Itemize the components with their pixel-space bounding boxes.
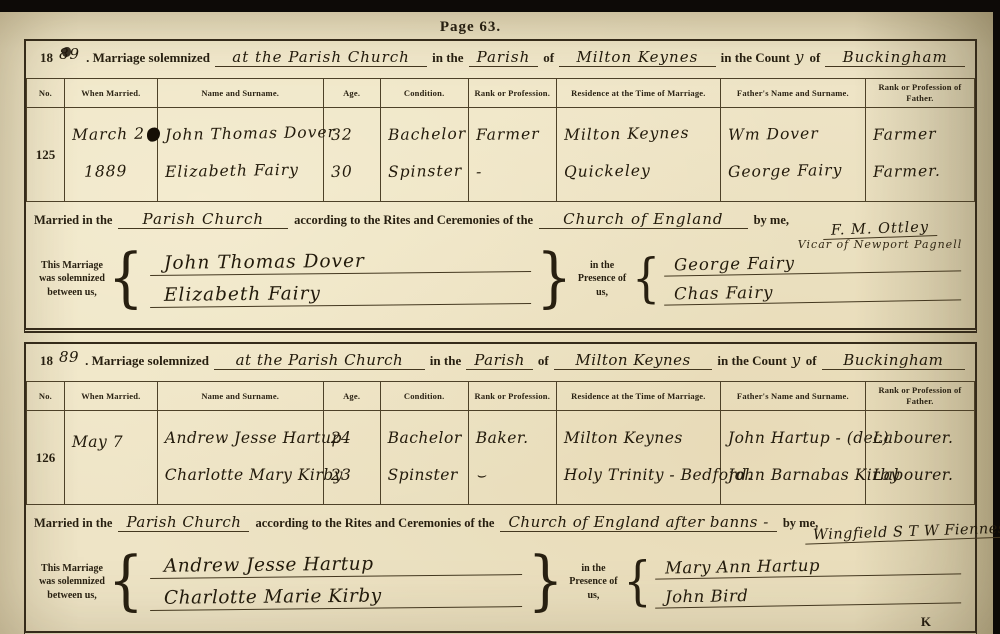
- party-signatures: Andrew Jesse Hartup Charlotte Marie Kirb…: [144, 547, 528, 618]
- officiant-block: F. M. Ottley Vicar of Newport Pagnell: [795, 221, 965, 251]
- register-table: No. When Married. Name and Surname. Age.…: [26, 78, 975, 202]
- column-header: No.: [27, 382, 65, 411]
- groom-father-profession: Farmer: [873, 124, 974, 144]
- condition-cell: Bachelor Spinster: [380, 411, 468, 505]
- in-the-label: in the: [432, 50, 463, 66]
- entry-number-cell: 125: [27, 108, 65, 202]
- column-header: Age.: [323, 382, 380, 411]
- county-label: in the Count: [717, 353, 786, 369]
- residence-cell: Milton Keynes Quickeley: [556, 108, 720, 202]
- groom-residence: Milton Keynes: [564, 429, 720, 447]
- of-label: of: [543, 50, 554, 66]
- name-cell: Andrew Jesse Hartup Charlotte Mary Kirby: [157, 411, 323, 505]
- column-header: Name and Surname.: [157, 79, 323, 108]
- groom-father: Wm Dover: [728, 123, 865, 143]
- presence-label: in the Presence of us,: [572, 259, 632, 300]
- bride-father-profession: Farmer.: [873, 161, 974, 181]
- year-prefix: 18: [40, 50, 53, 66]
- marriage-year: 1889: [72, 162, 157, 181]
- brace-close: }: [528, 556, 564, 608]
- bride-signature: Elizabeth Fairy: [150, 281, 531, 308]
- entry-number: 125: [36, 147, 56, 162]
- marriage-record-125: 1889. Marriage solemnized at the Parish …: [24, 39, 977, 333]
- bride-condition: Spinster: [387, 162, 467, 181]
- profession-cell: Baker. ⌣: [468, 411, 556, 505]
- year-handwritten: 89: [58, 45, 81, 63]
- when-married-cell: May 7: [64, 411, 157, 505]
- of-label: of: [806, 353, 817, 369]
- bride-name: Elizabeth Fairy: [165, 160, 323, 181]
- rites-label: according to the Rites and Ceremonies of…: [255, 516, 494, 531]
- when-married-cell: March 2 1889: [64, 108, 157, 202]
- column-header-row: No. When Married. Name and Surname. Age.…: [27, 382, 975, 411]
- married-place: Parish Church: [118, 513, 249, 532]
- column-header: Father's Name and Surname.: [720, 382, 865, 411]
- age-cell: 24 23: [323, 411, 380, 505]
- bride-age: 30: [331, 162, 380, 181]
- column-header: Condition.: [380, 79, 468, 108]
- groom-condition: Bachelor: [388, 429, 468, 447]
- witness-signature: Mary Ann Hartup: [655, 553, 961, 579]
- witness-signatures: Mary Ann Hartup John Bird: [651, 550, 965, 614]
- brace-close: }: [536, 253, 572, 305]
- groom-residence: Milton Keynes: [564, 123, 720, 144]
- groom-father: John Hartup - (dec): [728, 429, 865, 447]
- rites-label: according to the Rites and Ceremonies of…: [294, 213, 533, 228]
- county-y: y: [795, 48, 804, 66]
- column-header: Rank or Profession.: [468, 382, 556, 411]
- solemnized-label: This Marriage was solemnized between us,: [36, 562, 108, 603]
- party-signatures: John Thomas Dover Elizabeth Fairy: [144, 244, 537, 315]
- groom-age: 24: [331, 429, 380, 447]
- groom-father-profession: Labourer.: [873, 429, 974, 447]
- father-profession-cell: Farmer Farmer.: [865, 108, 974, 202]
- register-table: No. When Married. Name and Surname. Age.…: [26, 381, 975, 505]
- groom-age: 32: [331, 125, 380, 144]
- marriage-date: May 7: [72, 433, 157, 451]
- column-header: Name and Surname.: [157, 382, 323, 411]
- profession-cell: Farmer -: [468, 108, 556, 202]
- of-label: of: [538, 353, 549, 369]
- county-label: in the Count: [721, 50, 790, 66]
- county-name: Buckingham: [822, 351, 965, 370]
- table-row: 125 March 2 1889 John Thomas Dover Eliza…: [27, 108, 975, 202]
- column-header: Rank or Profession of Father.: [865, 382, 974, 411]
- residence-cell: Milton Keynes Holy Trinity - Bedford.: [556, 411, 720, 505]
- table-row: 126 May 7 Andrew Jesse Hartup Charlotte …: [27, 411, 975, 505]
- age-cell: 32 30: [323, 108, 380, 202]
- parish-word: Parish: [469, 48, 539, 67]
- groom-name: Andrew Jesse Hartup: [165, 429, 323, 447]
- brace-open: {: [108, 253, 144, 305]
- place-of-marriage: at the Parish Church: [215, 48, 427, 67]
- bride-residence: Holy Trinity - Bedford.: [564, 466, 720, 484]
- printers-mark: K: [921, 614, 931, 630]
- father-name-cell: John Hartup - (dec) John Barnabas Kirby: [720, 411, 865, 505]
- in-the-label: in the: [430, 353, 461, 369]
- bride-signature: Charlotte Marie Kirby: [150, 584, 522, 611]
- by-me-label: by me,: [754, 213, 789, 228]
- column-header: Condition.: [380, 382, 468, 411]
- witness-signatures: George Fairy Chas Fairy: [660, 247, 965, 311]
- solemnized-label: This Marriage was solemnized between us,: [36, 259, 108, 300]
- parish-word: Parish: [466, 351, 533, 370]
- bride-age: 23: [331, 466, 380, 484]
- solemnized-label: . Marriage solemnized: [85, 353, 209, 369]
- married-in-label: Married in the: [34, 516, 112, 531]
- witness-signature: Chas Fairy: [664, 279, 961, 305]
- column-header: Residence at the Time of Marriage.: [556, 79, 720, 108]
- bride-father-profession: Labourer.: [873, 466, 974, 484]
- column-header: Residence at the Time of Marriage.: [556, 382, 720, 411]
- presence-label: in the Presence of us,: [563, 562, 623, 603]
- father-profession-cell: Labourer. Labourer.: [865, 411, 974, 505]
- name-cell: John Thomas Dover Elizabeth Fairy: [157, 108, 323, 202]
- bride-name: Charlotte Mary Kirby: [165, 466, 323, 484]
- place-of-marriage: at the Parish Church: [214, 351, 425, 370]
- county-name: Buckingham: [825, 48, 965, 67]
- column-header: Father's Name and Surname.: [720, 79, 865, 108]
- column-header: Rank or Profession of Father.: [865, 79, 974, 108]
- solemnized-label: . Marriage solemnized: [86, 50, 210, 66]
- solemnized-section: This Marriage was solemnized between us,…: [26, 539, 975, 631]
- parish-name: Milton Keynes: [559, 48, 716, 67]
- married-in-label: Married in the: [34, 213, 112, 228]
- groom-profession: Baker.: [476, 429, 556, 447]
- groom-profession: Farmer: [476, 124, 556, 143]
- marriage-date: March 2: [72, 124, 157, 143]
- groom-name: John Thomas Dover: [165, 123, 323, 144]
- married-in-line: Married in the Parish Church according t…: [26, 202, 975, 236]
- of-label: of: [809, 50, 820, 66]
- married-in-line: Married in the Parish Church according t…: [26, 505, 975, 539]
- officiant-signature: F. M. Ottley: [823, 219, 938, 240]
- bride-profession: -: [476, 162, 556, 181]
- year-prefix: 18: [40, 353, 53, 369]
- bride-residence: Quickeley: [564, 161, 720, 182]
- brace-open: {: [632, 258, 660, 300]
- brace-open: {: [623, 561, 651, 603]
- officiant-signature: Wingfield S T W Fiennes: [805, 520, 1000, 544]
- bride-father: George Fairy: [728, 161, 865, 181]
- rites-value: Church of England: [539, 210, 748, 229]
- witness-signature: John Bird: [655, 582, 961, 608]
- year-handwritten: 89: [58, 348, 80, 366]
- condition-cell: Bachelor Spinster: [380, 108, 468, 202]
- column-header-row: No. When Married. Name and Surname. Age.…: [27, 79, 975, 108]
- father-name-cell: Wm Dover George Fairy: [720, 108, 865, 202]
- column-header: When Married.: [64, 382, 157, 411]
- bride-condition: Spinster: [388, 466, 468, 484]
- officiant-block: Wingfield S T W Fiennes: [824, 524, 994, 541]
- column-header: Age.: [323, 79, 380, 108]
- parish-name: Milton Keynes: [554, 351, 713, 370]
- groom-condition: Bachelor: [387, 124, 467, 143]
- married-place: Parish Church: [118, 210, 288, 229]
- register-page: Page 63. 1889. Marriage solemnized at th…: [0, 12, 993, 634]
- entry-number: 126: [36, 450, 56, 465]
- groom-signature: Andrew Jesse Hartup: [150, 552, 522, 579]
- record-header: 1889. Marriage solemnized at the Parish …: [26, 344, 975, 381]
- record-header: 1889. Marriage solemnized at the Parish …: [26, 41, 975, 78]
- column-header: Rank or Profession.: [468, 79, 556, 108]
- bride-profession: ⌣: [476, 466, 556, 485]
- groom-signature: John Thomas Dover: [150, 249, 531, 276]
- brace-open: {: [108, 556, 144, 608]
- county-y: y: [792, 351, 801, 369]
- column-header: When Married.: [64, 79, 157, 108]
- bride-father: John Barnabas Kirby: [728, 466, 865, 484]
- page-number: Page 63.: [24, 16, 977, 39]
- marriage-record-126: 1889. Marriage solemnized at the Parish …: [24, 342, 977, 634]
- witness-signature: George Fairy: [664, 250, 961, 276]
- rites-value: Church of England after banns -: [500, 513, 776, 532]
- entry-number-cell: 126: [27, 411, 65, 505]
- column-header: No.: [27, 79, 65, 108]
